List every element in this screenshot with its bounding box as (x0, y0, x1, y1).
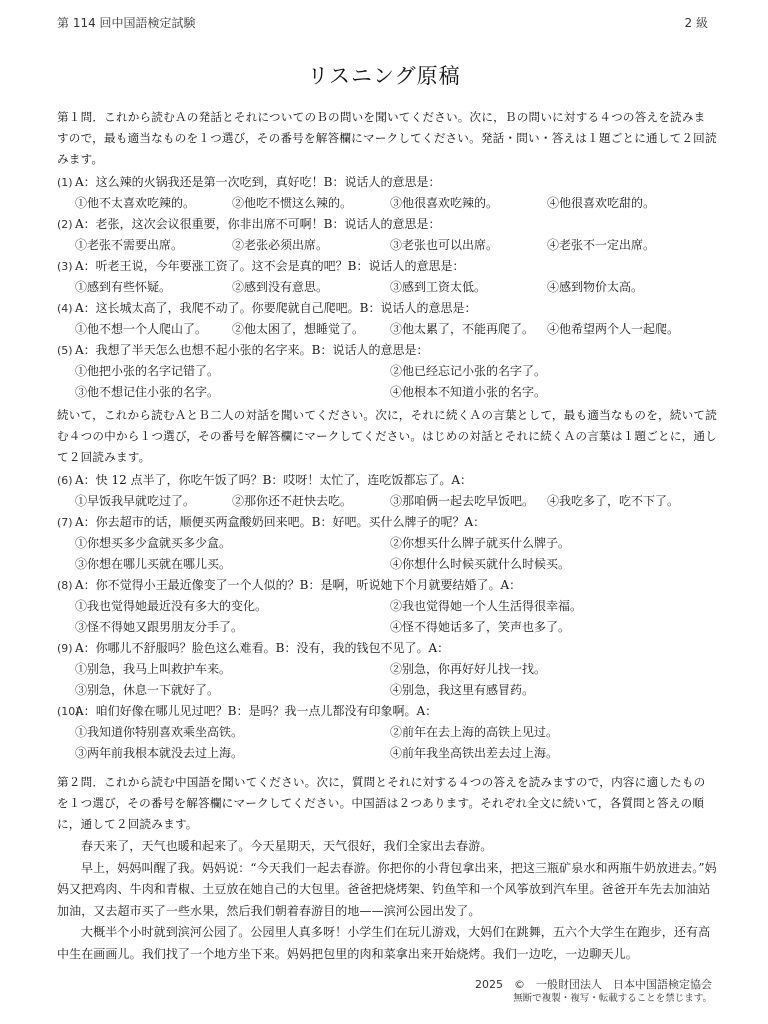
section1b-questions: (6)A：快 12 点半了，你吃午饭了吗？B：哎呀！太忙了，连吃饭都忘了。A： … (57, 470, 727, 764)
question-number: (3) (57, 256, 75, 277)
section2-instruction: 第２問．これから読む中国語を聞いてください。次に，質問とそれに対する４つの答えを… (57, 772, 717, 835)
question-5: (5)A：我想了半天怎么也想不起小张的名字来。B：说话人的意思是： (57, 340, 727, 361)
question-text: A：你哪儿不舒服吗？脸色这么难看。B：没有，我的钱包不见了。A： (75, 641, 449, 655)
option: ④感到物价太高。 (547, 277, 643, 298)
option: ②我也觉得她一个人生活得很幸福。 (390, 596, 582, 617)
option: ③怪不得她又跟男朋友分手了。 (75, 617, 243, 638)
option: ①早饭我早就吃过了。 (75, 491, 195, 512)
options-row: ③别急，休息一下就好了。 ④别急，我这里有感冒药。 (57, 680, 727, 701)
section1-questions: (1)A：这么辣的火锅我还是第一次吃到，真好吃！B：说话人的意思是： ①他不太喜… (57, 172, 727, 403)
option: ①你想买多少盒就买多少盒。 (75, 533, 231, 554)
options-row: ①你想买多少盒就买多少盒。 ②你想买什么牌子就买什么牌子。 (57, 533, 727, 554)
option: ①老张不需要出席。 (75, 235, 183, 256)
passage-paragraph: 早上，妈妈叫醒了我。妈妈说：“今天我们一起去春游。你把你的小背包拿出来，把这三瓶… (57, 858, 721, 923)
option: ②前年在去上海的高铁上见过。 (390, 722, 558, 743)
question-text: A：咱们好像在哪儿见过吧？B：是吗？我一点儿都没有印象啊。A： (75, 704, 437, 718)
options-row: ①我也觉得她最近没有多大的变化。 ②我也觉得她一个人生活得很幸福。 (57, 596, 727, 617)
option: ③他太累了，不能再爬了。 (390, 319, 534, 340)
question-2: (2)A：老张，这次会议很重要，你非出席不可啊！B：说话人的意思是： (57, 214, 727, 235)
question-number: (7) (57, 512, 75, 533)
option: ③你想在哪儿买就在哪儿买。 (75, 554, 231, 575)
option: ②你想买什么牌子就买什么牌子。 (390, 533, 570, 554)
question-7: (7)A：你去超市的话，顺便买两盒酸奶回来吧。B：好吧。买什么牌子的呢？A： (57, 512, 727, 533)
footer: 2025 © 一般財団法人 日本中国語検定協会 無断で複製・複写・転載することを… (475, 978, 712, 1005)
question-4: (4)A：这长城太高了，我爬不动了。你要爬就自己爬吧。B：说话人的意思是： (57, 298, 727, 319)
option: ④他希望两个人一起爬。 (547, 319, 679, 340)
question-text: A：听老王说，今年要涨工资了。这不会是真的吧？B：说话人的意思是： (75, 259, 465, 273)
option: ④我吃多了，吃不下了。 (547, 491, 679, 512)
options-row: ③他不想记住小张的名字。 ④他根本不知道小张的名字。 (57, 382, 727, 403)
question-text: A：老张，这次会议很重要，你非出席不可啊！B：说话人的意思是： (75, 217, 441, 231)
option: ②他已经忘记小张的名字了。 (390, 361, 546, 382)
question-number: (8) (57, 575, 75, 596)
option: ①他不想一个人爬山了。 (75, 319, 207, 340)
question-text: A：这长城太高了，我爬不动了。你要爬就自己爬吧。B：说话人的意思是： (75, 301, 477, 315)
question-number: (2) (57, 214, 75, 235)
option: ①我知道你特别喜欢乘坐高铁。 (75, 722, 243, 743)
page-title: リスニング原稿 (0, 60, 768, 90)
option: ③感到工资太低。 (390, 277, 486, 298)
options-row: ①别急，我马上叫救护车来。 ②别急，你再好好儿找一找。 (57, 659, 727, 680)
option: ①别急，我马上叫救护车来。 (75, 659, 231, 680)
section1b-instruction: 続いて，これから読むＡとＢ二人の対話を聞いてください。次に，それに続くＡの言葉と… (57, 405, 717, 468)
option: ④怪不得她话多了，笑声也多了。 (390, 617, 570, 638)
question-6: (6)A：快 12 点半了，你吃午饭了吗？B：哎呀！太忙了，连吃饭都忘了。A： (57, 470, 727, 491)
option: ②那你还不赶快去吃。 (232, 491, 352, 512)
options-row: ①他不太喜欢吃辣的。 ②他吃不惯这么辣的。 ③他很喜欢吃辣的。 ④他很喜欢吃甜的… (57, 193, 727, 214)
copyright-line: 2025 © 一般財団法人 日本中国語検定協会 (475, 978, 712, 992)
option: ③那咱俩一起去吃早饭吧。 (390, 491, 534, 512)
option: ④你想什么时候买就什么时候买。 (390, 554, 570, 575)
question-8: (8)A：你不觉得小王最近像变了一个人似的？B：是啊，听说她下个月就要结婚了。A… (57, 575, 727, 596)
options-row: ③怪不得她又跟男朋友分手了。 ④怪不得她话多了，笑声也多了。 (57, 617, 727, 638)
question-text: A：你不觉得小王最近像变了一个人似的？B：是啊，听说她下个月就要结婚了。A： (75, 578, 521, 592)
question-text: A：快 12 点半了，你吃午饭了吗？B：哎呀！太忙了，连吃饭都忘了。A： (75, 473, 472, 487)
options-row: ①他不想一个人爬山了。 ②他太困了，想睡觉了。 ③他太累了，不能再爬了。 ④他希… (57, 319, 727, 340)
question-number: (10) (57, 701, 75, 722)
option: ④他很喜欢吃甜的。 (547, 193, 655, 214)
options-row: ①我知道你特别喜欢乘坐高铁。 ②前年在去上海的高铁上见过。 (57, 722, 727, 743)
option: ②别急，你再好好儿找一找。 (390, 659, 546, 680)
question-number: (6) (57, 470, 75, 491)
listening-passage: 春天来了，天气也暖和起来了。今天星期天，天气很好，我们全家出去春游。 早上，妈妈… (57, 836, 721, 965)
question-number: (4) (57, 298, 75, 319)
exam-title: 第 114 回中国語検定試験 (57, 14, 196, 31)
question-text: A：我想了半天怎么也想不起小张的名字来。B：说话人的意思是： (75, 343, 429, 357)
options-row: ③两年前我根本就没去过上海。 ④前年我坐高铁出差去过上海。 (57, 743, 727, 764)
question-text: A：这么辣的火锅我还是第一次吃到，真好吃！B：说话人的意思是： (75, 175, 441, 189)
option: ④老张不一定出席。 (547, 235, 655, 256)
question-1: (1)A：这么辣的火锅我还是第一次吃到，真好吃！B：说话人的意思是： (57, 172, 727, 193)
option: ④别急，我这里有感冒药。 (390, 680, 534, 701)
section1-instruction: 第１問．これから読むＡの発話とそれについてのＢの問いを聞いてください。次に，Ｂの… (57, 107, 717, 170)
document-page: 第 114 回中国語検定試験 2 級 リスニング原稿 第１問．これから読むＡの発… (0, 0, 768, 1024)
question-number: (9) (57, 638, 75, 659)
option: ①我也觉得她最近没有多大的变化。 (75, 596, 267, 617)
option: ④前年我坐高铁出差去过上海。 (390, 743, 558, 764)
options-row: ①早饭我早就吃过了。 ②那你还不赶快去吃。 ③那咱俩一起去吃早饭吧。 ④我吃多了… (57, 491, 727, 512)
options-row: ③你想在哪儿买就在哪儿买。 ④你想什么时候买就什么时候买。 (57, 554, 727, 575)
option: ③别急，休息一下就好了。 (75, 680, 219, 701)
question-number: (5) (57, 340, 75, 361)
option: ③他不想记住小张的名字。 (75, 382, 219, 403)
option: ④他根本不知道小张的名字。 (390, 382, 546, 403)
level-label: 2 級 (685, 14, 708, 31)
options-row: ①他把小张的名字记错了。 ②他已经忘记小张的名字了。 (57, 361, 727, 382)
option: ③老张也可以出席。 (390, 235, 498, 256)
option: ①他把小张的名字记错了。 (75, 361, 219, 382)
passage-paragraph: 大概半个小时就到滨河公园了。公园里人真多呀！小学生们在玩儿游戏，大妈们在跳舞，五… (57, 922, 721, 965)
option: ②他太困了，想睡觉了。 (232, 319, 364, 340)
options-row: ①老张不需要出席。 ②老张必须出席。 ③老张也可以出席。 ④老张不一定出席。 (57, 235, 727, 256)
passage-paragraph: 春天来了，天气也暖和起来了。今天星期天，天气很好，我们全家出去春游。 (57, 836, 721, 858)
option: ①感到有些怀疑。 (75, 277, 171, 298)
question-10: (10)A：咱们好像在哪儿见过吧？B：是吗？我一点儿都没有印象啊。A： (57, 701, 727, 722)
option: ②他吃不惯这么辣的。 (232, 193, 352, 214)
reproduction-notice: 無断で複製・複写・転載することを禁じます。 (475, 992, 712, 1005)
question-number: (1) (57, 172, 75, 193)
question-3: (3)A：听老王说，今年要涨工资了。这不会是真的吧？B：说话人的意思是： (57, 256, 727, 277)
options-row: ①感到有些怀疑。 ②感到没有意思。 ③感到工资太低。 ④感到物价太高。 (57, 277, 727, 298)
question-text: A：你去超市的话，顺便买两盒酸奶回来吧。B：好吧。买什么牌子的呢？A： (75, 515, 485, 529)
option: ①他不太喜欢吃辣的。 (75, 193, 195, 214)
question-9: (9)A：你哪儿不舒服吗？脸色这么难看。B：没有，我的钱包不见了。A： (57, 638, 727, 659)
option: ③两年前我根本就没去过上海。 (75, 743, 243, 764)
option: ②感到没有意思。 (232, 277, 328, 298)
option: ③他很喜欢吃辣的。 (390, 193, 498, 214)
option: ②老张必须出席。 (232, 235, 328, 256)
